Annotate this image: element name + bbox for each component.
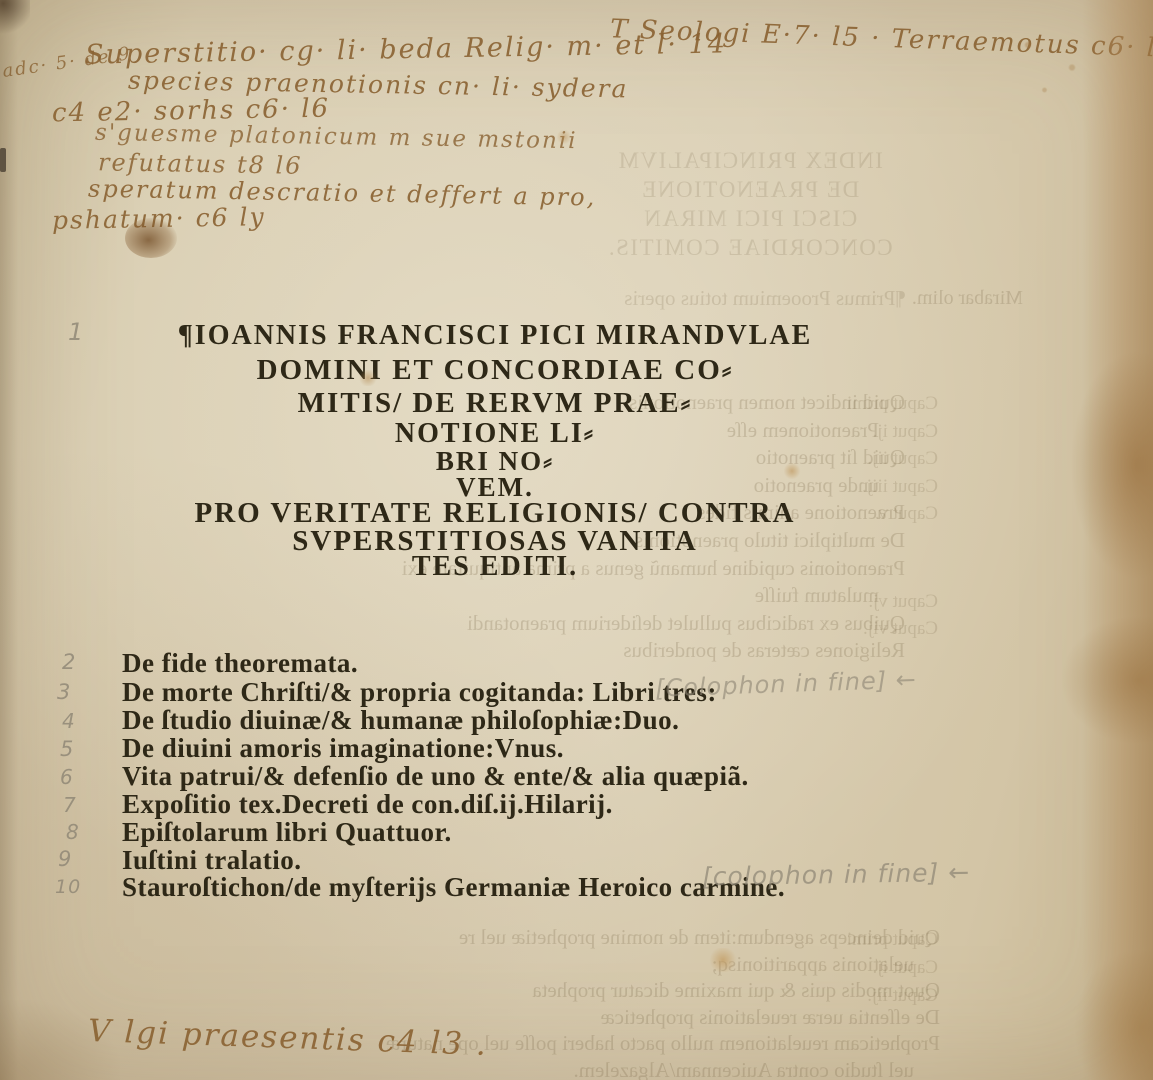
- showthrough-line: DE PRAENOTIONE: [595, 175, 905, 204]
- showthrough-line: Caput primi: [833, 926, 938, 954]
- printed-title-line-2: DOMINI ET CONCORDIAE CO⸗: [150, 354, 840, 387]
- margin-number-7: 7: [63, 793, 77, 817]
- printed-title-line-9: TES EDITI.: [150, 551, 840, 583]
- margin-number-4: 4: [62, 709, 76, 733]
- margin-number-6: 6: [60, 765, 74, 789]
- margin-number-9: 9: [58, 847, 72, 871]
- pencil-note-colophon-lower: [colophon in fine] ←: [702, 858, 971, 892]
- showthrough-line: Caput ij.: [833, 954, 938, 982]
- stain-left-edge-shade: [0, 0, 18, 1080]
- showthrough-line: Caput vj.: [833, 588, 938, 616]
- stain-left-edge-mark: [0, 148, 6, 172]
- printed-title-line-1: ¶IOANNIS FRANCISCI PICI MIRANDVLAE: [150, 320, 840, 352]
- showthrough-line: Caput iij.: [833, 445, 938, 473]
- margin-number-10: 10: [55, 876, 81, 898]
- margin-number-8: 8: [66, 820, 80, 844]
- pencil-item-mark-1: 1: [68, 318, 84, 346]
- work-item-7: Epiſtolarum libri Quattuor.: [122, 817, 452, 848]
- showthrough-line: INDEX PRINCIPALIVM: [595, 146, 905, 175]
- showthrough-caput-lower: Caput primi Caput ij. Caput iij.: [833, 926, 938, 1010]
- showthrough-line: Caput primi: [833, 390, 938, 418]
- work-item-9: Stauroſtichon/de myſterijs Germaniæ Hero…: [122, 872, 785, 903]
- margin-number-5: 5: [60, 737, 74, 761]
- book-page-scan: INDEX PRINCIPALIVM DE PRAENOTIONE CISCI …: [0, 0, 1153, 1080]
- stain-right-blotch-upper: [1070, 350, 1153, 580]
- ink-annotation-9: pshatum· c6 ly: [52, 202, 266, 235]
- showthrough-line: Quibus ex radicibus pullulet deſiderium …: [355, 610, 905, 638]
- showthrough-line: CISCI PICI MIRAN: [595, 204, 905, 233]
- printed-title-line-3: MITIS/ DE RERVM PRAE⸗: [150, 387, 840, 420]
- stain-right-edge-band: [1082, 0, 1153, 1080]
- work-item-6: Expoſitio tex.Decreti de con.diſ.ij.Hila…: [122, 789, 613, 820]
- stain-top-left-corner: [0, 0, 30, 34]
- showthrough-line: Caput ij.: [833, 418, 938, 446]
- showthrough-line: Religiones cæteras de ponderibus: [355, 637, 905, 665]
- work-item-4: De diuini amoris imaginatione:Vnus.: [122, 733, 564, 764]
- stain-right-blotch-lower: [1075, 950, 1153, 1080]
- showthrough-line: uel ſtudio contra Auicennam/Algazelem.: [295, 1057, 940, 1080]
- showthrough-prooemium: ¶Primus Prooemium totius operis: [560, 286, 905, 311]
- work-item-5: Vita patrui/& defenſio de uno & ente/& a…: [122, 761, 749, 792]
- pencil-note-colophon-upper: [Colophon in fine] ←: [655, 665, 918, 702]
- showthrough-line: CONCORDIAE COMITIS.: [595, 233, 905, 262]
- work-item-1: De fide theoremata.: [122, 648, 358, 679]
- showthrough-mirabar: Mirabar olim.: [893, 287, 1023, 310]
- stain-right-blotch-mid: [1060, 615, 1153, 745]
- margin-number-3: 3: [57, 680, 71, 704]
- work-item-3: De ſtudio diuinæ/& humanæ philoſophiæ:Du…: [122, 705, 679, 736]
- showthrough-line: Caput v.: [833, 500, 938, 528]
- showthrough-line: mulatum fuiſſe: [355, 582, 905, 610]
- ink-annotation-3: adc· 5· de 9: [1, 43, 133, 82]
- showthrough-line: Caput iiij.: [833, 473, 938, 501]
- showthrough-line: Caput vij.: [833, 615, 938, 643]
- showthrough-line: Caput iij.: [833, 982, 938, 1010]
- showthrough-index-caps: INDEX PRINCIPALIVM DE PRAENOTIONE CISCI …: [595, 146, 905, 262]
- work-item-2: De morte Chriſti/& propria cogitanda: Li…: [122, 677, 717, 708]
- margin-number-2: 2: [62, 650, 76, 674]
- showthrough-caput-upper: Caput primi Caput ij. Caput iij. Caput i…: [833, 390, 938, 643]
